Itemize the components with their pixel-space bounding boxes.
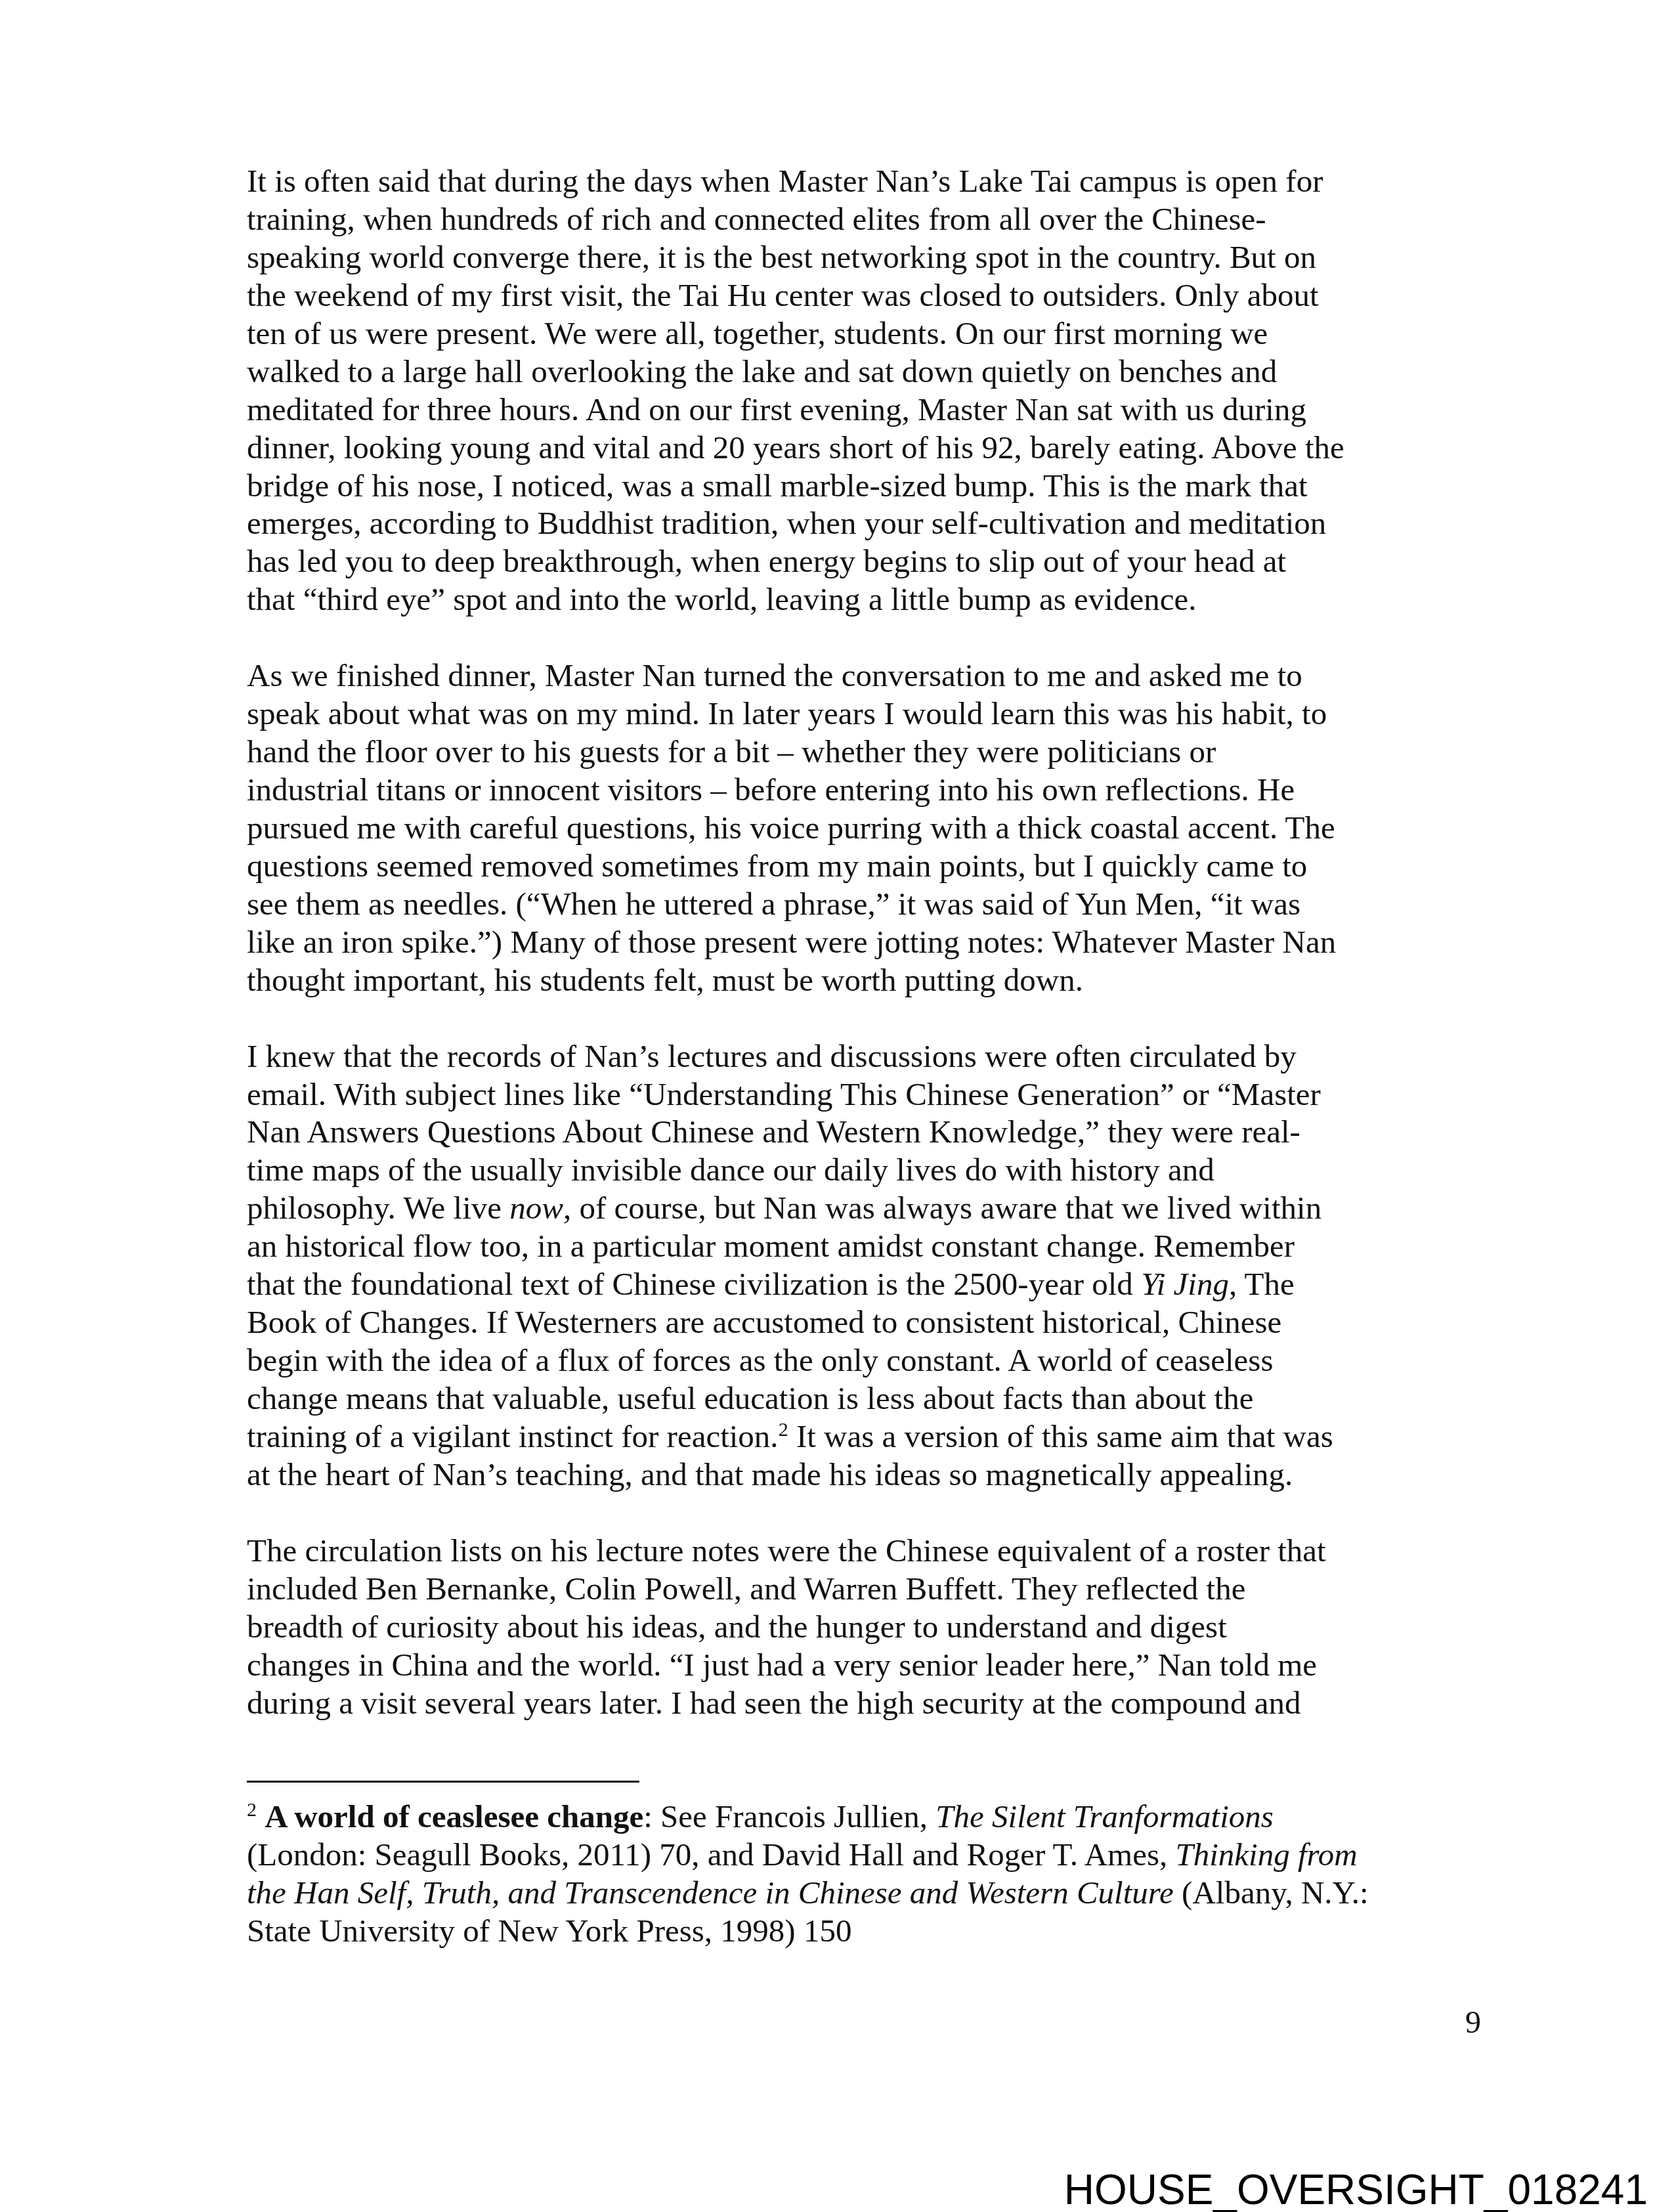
text-run: like an iron spike.”) Many of those pres…: [247, 924, 1336, 960]
bold-text: A world of ceaslesee change: [265, 1798, 643, 1834]
paragraph: The circulation lists on his lecture not…: [247, 1532, 1428, 1722]
text-run: [257, 1798, 265, 1834]
text-run: has led you to deep breakthrough, when e…: [247, 543, 1286, 579]
text-run: State University of New York Press, 1998…: [247, 1913, 851, 1949]
text-run: walked to a large hall overlooking the l…: [247, 353, 1277, 389]
text-line: Book of Changes. If Westerners are accus…: [247, 1303, 1428, 1341]
text-line: an historical flow too, in a particular …: [247, 1227, 1428, 1265]
text-line: thought important, his students felt, mu…: [247, 961, 1428, 999]
text-run: during a visit several years later. I ha…: [247, 1685, 1301, 1721]
text-run: The circulation lists on his lecture not…: [247, 1532, 1326, 1569]
text-line: The circulation lists on his lecture not…: [247, 1532, 1428, 1570]
text-run: email. With subject lines like “Understa…: [247, 1076, 1321, 1112]
text-line: the Han Self, Truth, and Transcendence i…: [247, 1874, 1428, 1912]
page-number: 9: [1465, 2004, 1481, 2042]
text-run: (London: Seagull Books, 2011) 70, and Da…: [247, 1836, 1175, 1873]
italic-text: the Han Self, Truth, and Transcendence i…: [247, 1875, 1174, 1911]
text-line: Nan Answers Questions About Chinese and …: [247, 1113, 1428, 1151]
text-line: email. With subject lines like “Understa…: [247, 1075, 1428, 1114]
text-run: : See Francois Jullien,: [643, 1798, 935, 1834]
text-run: the weekend of my first visit, the Tai H…: [247, 277, 1319, 313]
paragraph-gap: [247, 999, 1428, 1037]
text-run: an historical flow too, in a particular …: [247, 1228, 1295, 1264]
text-line: change means that valuable, useful educa…: [247, 1379, 1428, 1418]
text-run: emerges, according to Buddhist tradition…: [247, 505, 1326, 541]
bates-stamp: HOUSE_OVERSIGHT_018241: [1064, 2167, 1648, 2212]
text-line: emerges, according to Buddhist tradition…: [247, 504, 1428, 542]
text-run: see them as needles. (“When he uttered a…: [247, 886, 1300, 922]
text-line: breadth of curiosity about his ideas, an…: [247, 1608, 1428, 1646]
text-run: (Albany, N.Y.:: [1174, 1875, 1369, 1911]
text-run: speaking world converge there, it is the…: [247, 239, 1316, 275]
footnote-marker: 2: [779, 1419, 788, 1441]
text-line: changes in China and the world. “I just …: [247, 1646, 1428, 1684]
text-line: I knew that the records of Nan’s lecture…: [247, 1037, 1428, 1075]
text-run: change means that valuable, useful educa…: [247, 1380, 1253, 1416]
text-run: , of course, but Nan was always aware th…: [563, 1190, 1321, 1226]
text-run: thought important, his students felt, mu…: [247, 962, 1083, 998]
italic-text: now: [509, 1190, 563, 1226]
paragraph: As we finished dinner, Master Nan turned…: [247, 657, 1428, 999]
text-run: included Ben Bernanke, Colin Powell, and…: [247, 1571, 1245, 1607]
text-run: changes in China and the world. “I just …: [247, 1647, 1317, 1683]
text-line: speaking world converge there, it is the…: [247, 238, 1428, 276]
text-line: that the foundational text of Chinese ci…: [247, 1265, 1428, 1303]
text-line: As we finished dinner, Master Nan turned…: [247, 657, 1428, 695]
text-line: philosophy. We live now, of course, but …: [247, 1189, 1428, 1227]
text-run: that the foundational text of Chinese ci…: [247, 1266, 1141, 1302]
text-run: bridge of his nose, I noticed, was a sma…: [247, 467, 1308, 504]
text-line: industrial titans or innocent visitors –…: [247, 771, 1428, 809]
text-line: bridge of his nose, I noticed, was a sma…: [247, 467, 1428, 505]
footnote-separator-rule: [247, 1781, 639, 1783]
text-run: Book of Changes. If Westerners are accus…: [247, 1304, 1281, 1340]
text-run: speak about what was on my mind. In late…: [247, 695, 1327, 731]
text-run: time maps of the usually invisible dance…: [247, 1152, 1214, 1188]
text-line: that “third eye” spot and into the world…: [247, 580, 1428, 618]
text-line: (London: Seagull Books, 2011) 70, and Da…: [247, 1836, 1428, 1874]
text-line: walked to a large hall overlooking the l…: [247, 353, 1428, 391]
text-run: training, when hundreds of rich and conn…: [247, 201, 1266, 237]
text-line: like an iron spike.”) Many of those pres…: [247, 923, 1428, 961]
text-line: training of a vigilant instinct for reac…: [247, 1418, 1428, 1456]
text-run: breadth of curiosity about his ideas, an…: [247, 1609, 1227, 1645]
text-run: , The: [1229, 1266, 1295, 1302]
paragraph: It is often said that during the days wh…: [247, 162, 1428, 618]
text-run: dinner, looking young and vital and 20 y…: [247, 429, 1344, 466]
text-line: speak about what was on my mind. In late…: [247, 695, 1428, 733]
text-run: Nan Answers Questions About Chinese and …: [247, 1114, 1300, 1150]
text-run: pursued me with careful questions, his v…: [247, 810, 1335, 846]
paragraph-gap: [247, 1494, 1428, 1532]
text-run: begin with the idea of a flux of forces …: [247, 1342, 1273, 1378]
text-line: begin with the idea of a flux of forces …: [247, 1341, 1428, 1379]
text-line: questions seemed removed sometimes from …: [247, 847, 1428, 885]
text-line: State University of New York Press, 1998…: [247, 1912, 1428, 1950]
text-run: meditated for three hours. And on our fi…: [247, 391, 1306, 427]
text-run: hand the floor over to his guests for a …: [247, 733, 1216, 770]
text-line: the weekend of my first visit, the Tai H…: [247, 276, 1428, 314]
text-line: pursued me with careful questions, his v…: [247, 809, 1428, 847]
text-run: I knew that the records of Nan’s lecture…: [247, 1038, 1297, 1074]
text-run: questions seemed removed sometimes from …: [247, 848, 1307, 884]
text-line: included Ben Bernanke, Colin Powell, and…: [247, 1570, 1428, 1608]
text-line: time maps of the usually invisible dance…: [247, 1151, 1428, 1189]
text-line: during a visit several years later. I ha…: [247, 1684, 1428, 1722]
text-line: at the heart of Nan’s teaching, and that…: [247, 1456, 1428, 1494]
text-run: that “third eye” spot and into the world…: [247, 581, 1196, 617]
text-line: training, when hundreds of rich and conn…: [247, 200, 1428, 238]
text-run: training of a vigilant instinct for reac…: [247, 1418, 779, 1454]
text-line: has led you to deep breakthrough, when e…: [247, 542, 1428, 580]
text-run: ten of us were present. We were all, tog…: [247, 315, 1268, 351]
text-run: As we finished dinner, Master Nan turned…: [247, 657, 1302, 693]
text-line: 2 A world of ceaslesee change: See Franc…: [247, 1798, 1428, 1836]
document-page: It is often said that during the days wh…: [0, 0, 1674, 2212]
italic-text: Thinking from: [1175, 1836, 1357, 1873]
footnote-marker: 2: [247, 1799, 257, 1821]
text-line: dinner, looking young and vital and 20 y…: [247, 429, 1428, 467]
text-line: hand the floor over to his guests for a …: [247, 733, 1428, 771]
text-line: It is often said that during the days wh…: [247, 162, 1428, 200]
body-text: It is often said that during the days wh…: [247, 162, 1428, 1722]
text-line: ten of us were present. We were all, tog…: [247, 314, 1428, 353]
paragraph: I knew that the records of Nan’s lecture…: [247, 1037, 1428, 1494]
text-run: philosophy. We live: [247, 1190, 509, 1226]
paragraph-gap: [247, 618, 1428, 657]
text-run: at the heart of Nan’s teaching, and that…: [247, 1456, 1293, 1492]
text-line: see them as needles. (“When he uttered a…: [247, 885, 1428, 923]
text-run: It is often said that during the days wh…: [247, 163, 1323, 199]
text-line: meditated for three hours. And on our fi…: [247, 391, 1428, 429]
italic-text: The Silent Tranformations: [935, 1798, 1274, 1834]
text-run: It was a version of this same aim that w…: [788, 1418, 1333, 1454]
footnote: 2 A world of ceaslesee change: See Franc…: [247, 1798, 1428, 1950]
italic-text: Yi Jing: [1141, 1266, 1229, 1302]
footnotes: 2 A world of ceaslesee change: See Franc…: [247, 1798, 1428, 1950]
text-run: industrial titans or innocent visitors –…: [247, 771, 1295, 808]
